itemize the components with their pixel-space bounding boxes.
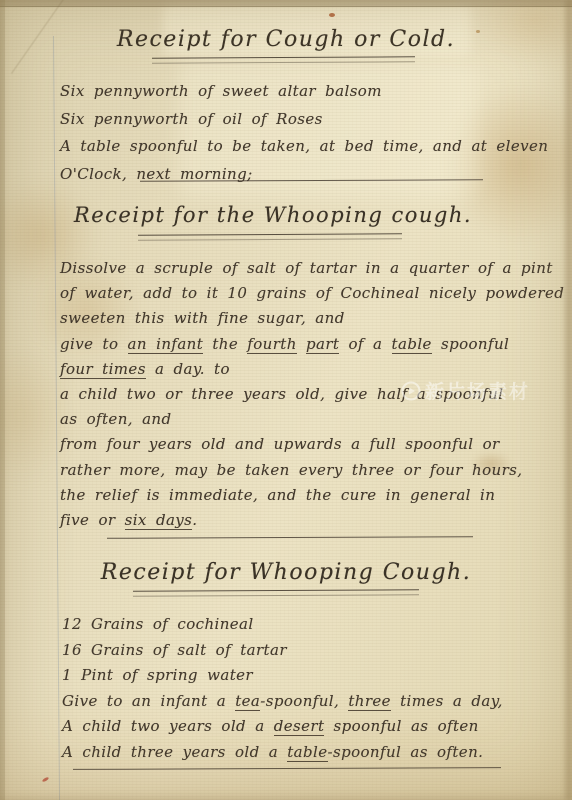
manuscript-line: Dissolve a scruple of salt of tartar in … xyxy=(60,256,564,281)
manuscript-line: A table spoonful to be taken, at bed tim… xyxy=(60,133,548,161)
text-segment: A child two years old a xyxy=(62,717,274,735)
manuscript-content: Receipt for Cough or Cold.Six pennyworth… xyxy=(0,0,572,800)
manuscript-line: four times a day. to xyxy=(60,357,564,382)
title-underline xyxy=(152,56,415,63)
text-segment: of water, add to it 10 grains of Cochine… xyxy=(60,284,564,302)
text-segment: sweeten this with fine sugar, and xyxy=(60,309,345,327)
manuscript-line: Give to an infant a tea-spoonful, three … xyxy=(62,689,503,715)
underlined-word: tea xyxy=(235,692,260,711)
text-segment: 16 Grains of salt of tartar xyxy=(62,641,287,659)
underlined-word: table xyxy=(287,743,327,762)
text-segment: give to xyxy=(60,335,128,353)
section-title: Receipt for the Whooping cough. xyxy=(0,204,559,227)
underlined-word: desert xyxy=(274,717,325,736)
manuscript-line: 16 Grains of salt of tartar xyxy=(62,638,503,664)
text-segment: A table spoonful to be taken, at bed tim… xyxy=(60,137,548,155)
section-end-rule xyxy=(73,767,501,770)
manuscript-line: O'Clock, next morning; xyxy=(60,161,548,189)
text-segment: Six pennyworth of sweet altar balsom xyxy=(60,82,382,100)
underlined-word: table xyxy=(392,335,432,354)
section-body: 12 Grains of cochineal16 Grains of salt … xyxy=(62,612,503,766)
manuscript-line: A child three years old a table-spoonful… xyxy=(62,740,503,766)
manuscript-line: from four years old and upwards a full s… xyxy=(60,432,564,457)
ink-speck xyxy=(476,30,480,33)
manuscript-line: give to an infant the fourth part of a t… xyxy=(60,332,564,357)
text-segment: 12 Grains of cochineal xyxy=(62,615,254,633)
underlined-word: three xyxy=(348,692,391,711)
text-segment: of a xyxy=(339,335,391,353)
text-segment: five or xyxy=(60,511,125,529)
text-segment: -spoonful, xyxy=(260,692,348,710)
text-segment: Six pennyworth of oil of Roses xyxy=(60,110,323,128)
text-segment: from four years old and upwards a full s… xyxy=(60,435,500,453)
manuscript-line: the relief is immediate, and the cure in… xyxy=(60,483,564,508)
text-segment: a child two or three years old, give hal… xyxy=(60,385,503,403)
text-segment: rather more, may be taken every three or… xyxy=(60,461,522,479)
text-segment: -spoonful as often. xyxy=(328,743,484,761)
manuscript-line: A child two years old a desert spoonful … xyxy=(62,714,503,740)
text-segment: spoonful as often xyxy=(324,717,478,735)
manuscript-line: five or six days. xyxy=(60,508,564,533)
underlined-word: an infant xyxy=(128,335,204,354)
text-segment: Give to an infant a xyxy=(62,692,235,710)
manuscript-line: 12 Grains of cochineal xyxy=(62,612,503,638)
section-title: Receipt for Whooping Cough. xyxy=(0,561,572,585)
ink-speck xyxy=(329,13,335,17)
underlined-word: fourth xyxy=(247,335,297,354)
text-segment: as often, and xyxy=(60,410,172,428)
text-segment: spoonful xyxy=(432,335,509,353)
title-underline xyxy=(138,233,402,240)
text-segment: A child three years old a xyxy=(62,743,287,761)
manuscript-line: 1 Pint of spring water xyxy=(62,663,503,689)
manuscript-line: Six pennyworth of sweet altar balsom xyxy=(60,78,548,106)
section-end-rule xyxy=(107,536,473,539)
section-body: Dissolve a scruple of salt of tartar in … xyxy=(60,256,564,533)
text-segment: . xyxy=(192,511,197,529)
manuscript-line: as often, and xyxy=(60,407,564,432)
underlined-word: six days xyxy=(125,511,193,530)
section-body: Six pennyworth of sweet altar balsomSix … xyxy=(60,78,548,188)
underlined-word: four times xyxy=(60,360,146,379)
text-segment: 1 Pint of spring water xyxy=(62,666,253,684)
manuscript-line: of water, add to it 10 grains of Cochine… xyxy=(60,281,564,306)
manuscript-page: Receipt for Cough or Cold.Six pennyworth… xyxy=(0,0,572,800)
title-underline xyxy=(133,589,419,596)
manuscript-line: rather more, may be taken every three or… xyxy=(60,458,564,483)
section-title: Receipt for Cough or Cold. xyxy=(0,28,572,52)
underlined-word: part xyxy=(306,335,339,354)
manuscript-line: a child two or three years old, give hal… xyxy=(60,382,564,407)
manuscript-line: sweeten this with fine sugar, and xyxy=(60,306,564,331)
manuscript-line: Six pennyworth of oil of Roses xyxy=(60,106,548,134)
text-segment: a day. to xyxy=(146,360,230,378)
text-segment: times a day, xyxy=(391,692,503,710)
text-segment xyxy=(297,335,306,353)
text-segment: Dissolve a scruple of salt of tartar in … xyxy=(60,259,553,277)
text-segment: the xyxy=(203,335,247,353)
text-segment: the relief is immediate, and the cure in… xyxy=(60,486,495,504)
